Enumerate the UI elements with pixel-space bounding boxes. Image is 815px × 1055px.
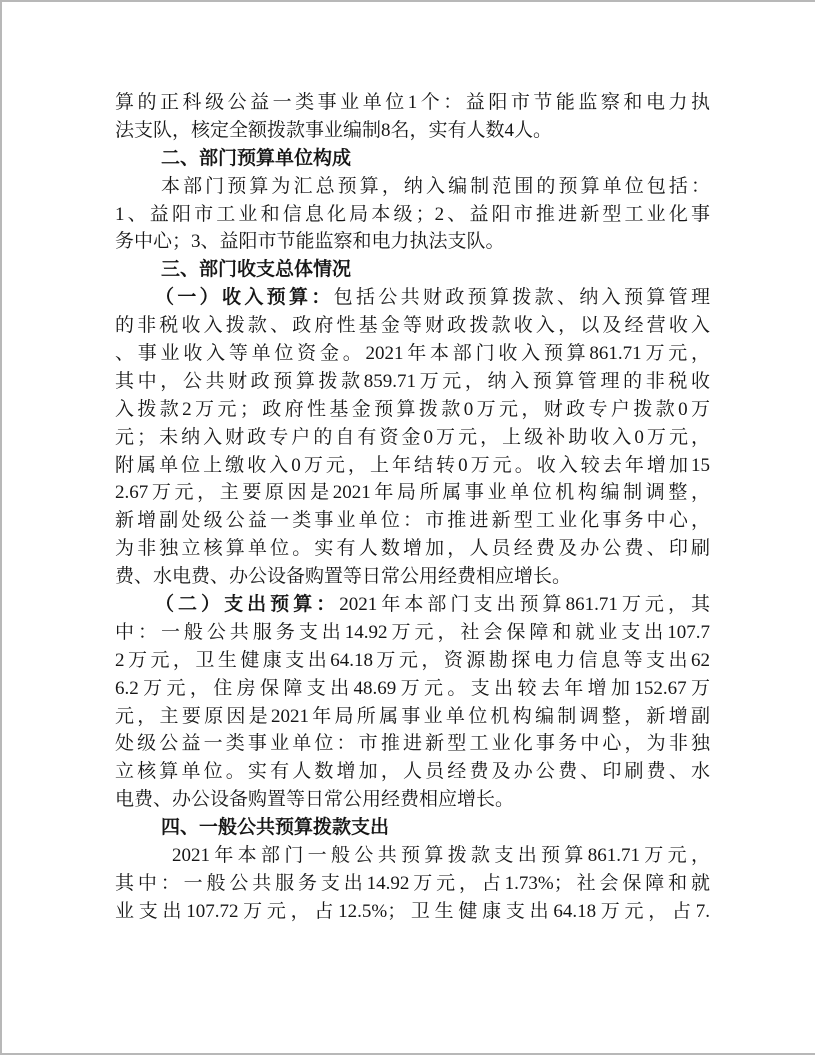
text-segment: 为非独立核算单位。实有人数增加，人员经费及办公费、印刷 [115,538,710,559]
text-segment: 1、益阳市工业和信息化局本级；2、益阳市推进新型工业化事 [115,204,710,225]
text-line: 2021年本部门一般公共预算拨款支出预算861.71万元， [115,842,710,870]
text-segment: 法支队，核定全额拨款事业编制8名，实有人数4人。 [115,120,552,141]
text-segment: 2万元，卫生健康支出64.18万元，资源勘探电力信息等支出62 [115,650,710,671]
text-line: 本部门预算为汇总预算，纳入编制范围的预算单位包括： [115,173,710,201]
text-line: 务中心；3、益阳市节能监察和电力执法支队。 [115,228,710,256]
text-segment: 6.2万元，住房保障支出48.69万元。支出较去年增加152.67万 [115,678,710,699]
text-segment: 务中心；3、益阳市节能监察和电力执法支队。 [115,231,505,252]
text-content: 算的正科级公益一类事业单位1个：益阳市节能监察和电力执法支队，核定全额拨款事业编… [115,89,710,926]
text-line: 电费、办公设备购置等日常公用经费相应增长。 [115,786,710,814]
text-segment: 新增副处级公益一类事业单位：市推进新型工业化事务中心， [115,510,710,531]
text-line: 为非独立核算单位。实有人数增加，人员经费及办公费、印刷 [115,535,710,563]
text-line: 的非税收入拨款、政府性基金等财政拨款收入，以及经营收入 [115,312,710,340]
text-line: 算的正科级公益一类事业单位1个：益阳市节能监察和电力执 [115,89,710,117]
text-line: 元，主要原因是2021年局所属事业单位机构编制调整，新增副 [115,703,710,731]
text-line: 费、水电费、办公设备购置等日常公用经费相应增长。 [115,563,710,591]
text-segment: 2021年本部门支出预算861.71万元，其 [339,594,710,615]
text-line: 法支队，核定全额拨款事业编制8名，实有人数4人。 [115,117,710,145]
text-segment: 处级公益一类事业单位：市推进新型工业化事务中心，为非独 [115,733,710,754]
text-segment: 本部门预算为汇总预算，纳入编制范围的预算单位包括： [161,176,710,197]
text-segment: 其中：一般公共服务支出14.92万元，占1.73%；社会保障和就 [115,873,710,894]
bold-text-segment: 三、部门收支总体情况 [161,259,351,280]
text-segment: 元，主要原因是2021年局所属事业单位机构编制调整，新增副 [115,706,710,727]
bold-text-segment: （一）收入预算： [155,287,334,308]
text-line: 入拨款2万元；政府性基金预算拨款0万元，财政专户拨款0万 [115,396,710,424]
text-line: 中：一般公共服务支出14.92万元，社会保障和就业支出107.7 [115,619,710,647]
text-line: 业支出107.72万元，占12.5%；卫生健康支出64.18万元，占7. [115,898,710,926]
text-segment: 元；未纳入财政专户的自有资金0万元，上级补助收入0万元， [115,427,710,448]
text-segment: 、事业收入等单位资金。2021年本部门收入预算861.71万元， [115,343,710,364]
text-line: （二）支出预算：2021年本部门支出预算861.71万元，其 [115,591,710,619]
text-segment: 业支出107.72万元，占12.5%；卫生健康支出64.18万元，占7. [115,901,710,922]
text-line: 6.2万元，住房保障支出48.69万元。支出较去年增加152.67万 [115,675,710,703]
text-line: 其中，公共财政预算拨款859.71万元，纳入预算管理的非税收 [115,368,710,396]
text-line: 、事业收入等单位资金。2021年本部门收入预算861.71万元， [115,340,710,368]
text-segment: 2.67万元，主要原因是2021年局所属事业单位机构编制调整， [115,482,710,503]
page-edge-left [0,0,2,1055]
text-line: 处级公益一类事业单位：市推进新型工业化事务中心，为非独 [115,730,710,758]
text-segment: 费、水电费、办公设备购置等日常公用经费相应增长。 [115,566,571,587]
bold-text-segment: 二、部门预算单位构成 [161,148,351,169]
text-line: 四、一般公共预算拨款支出 [115,814,710,842]
text-line: 2.67万元，主要原因是2021年局所属事业单位机构编制调整， [115,479,710,507]
text-line: 1、益阳市工业和信息化局本级；2、益阳市推进新型工业化事 [115,201,710,229]
text-segment: 电费、办公设备购置等日常公用经费相应增长。 [115,789,514,810]
text-segment: 2021年本部门一般公共预算拨款支出预算861.71万元， [172,845,710,866]
text-segment: 算的正科级公益一类事业单位1个：益阳市节能监察和电力执 [115,92,710,113]
text-segment: 其中，公共财政预算拨款859.71万元，纳入预算管理的非税收 [115,371,710,392]
text-segment: 的非税收入拨款、政府性基金等财政拨款收入，以及经营收入 [115,315,710,336]
page-edge-top [0,0,815,2]
text-line: 立核算单位。实有人数增加，人员经费及办公费、印刷费、水 [115,758,710,786]
bold-text-segment: 四、一般公共预算拨款支出 [161,817,389,838]
bold-text-segment: （二）支出预算： [155,594,339,615]
text-segment: 入拨款2万元；政府性基金预算拨款0万元，财政专户拨款0万 [115,399,710,420]
text-line: （一）收入预算：包括公共财政预算拨款、纳入预算管理 [115,284,710,312]
text-line: 其中：一般公共服务支出14.92万元，占1.73%；社会保障和就 [115,870,710,898]
text-segment: 立核算单位。实有人数增加，人员经费及办公费、印刷费、水 [115,761,710,782]
text-segment: 中：一般公共服务支出14.92万元，社会保障和就业支出107.7 [115,622,710,643]
text-line: 二、部门预算单位构成 [115,145,710,173]
text-line: 附属单位上缴收入0万元，上年结转0万元。收入较去年增加15 [115,452,710,480]
text-segment: 包括公共财政预算拨款、纳入预算管理 [334,287,710,308]
text-line: 新增副处级公益一类事业单位：市推进新型工业化事务中心， [115,507,710,535]
document-page: { "page": { "background_color": "#ffffff… [0,0,815,1055]
text-segment: 附属单位上缴收入0万元，上年结转0万元。收入较去年增加15 [115,455,710,476]
text-line: 三、部门收支总体情况 [115,256,710,284]
text-line: 2万元，卫生健康支出64.18万元，资源勘探电力信息等支出62 [115,647,710,675]
text-line: 元；未纳入财政专户的自有资金0万元，上级补助收入0万元， [115,424,710,452]
